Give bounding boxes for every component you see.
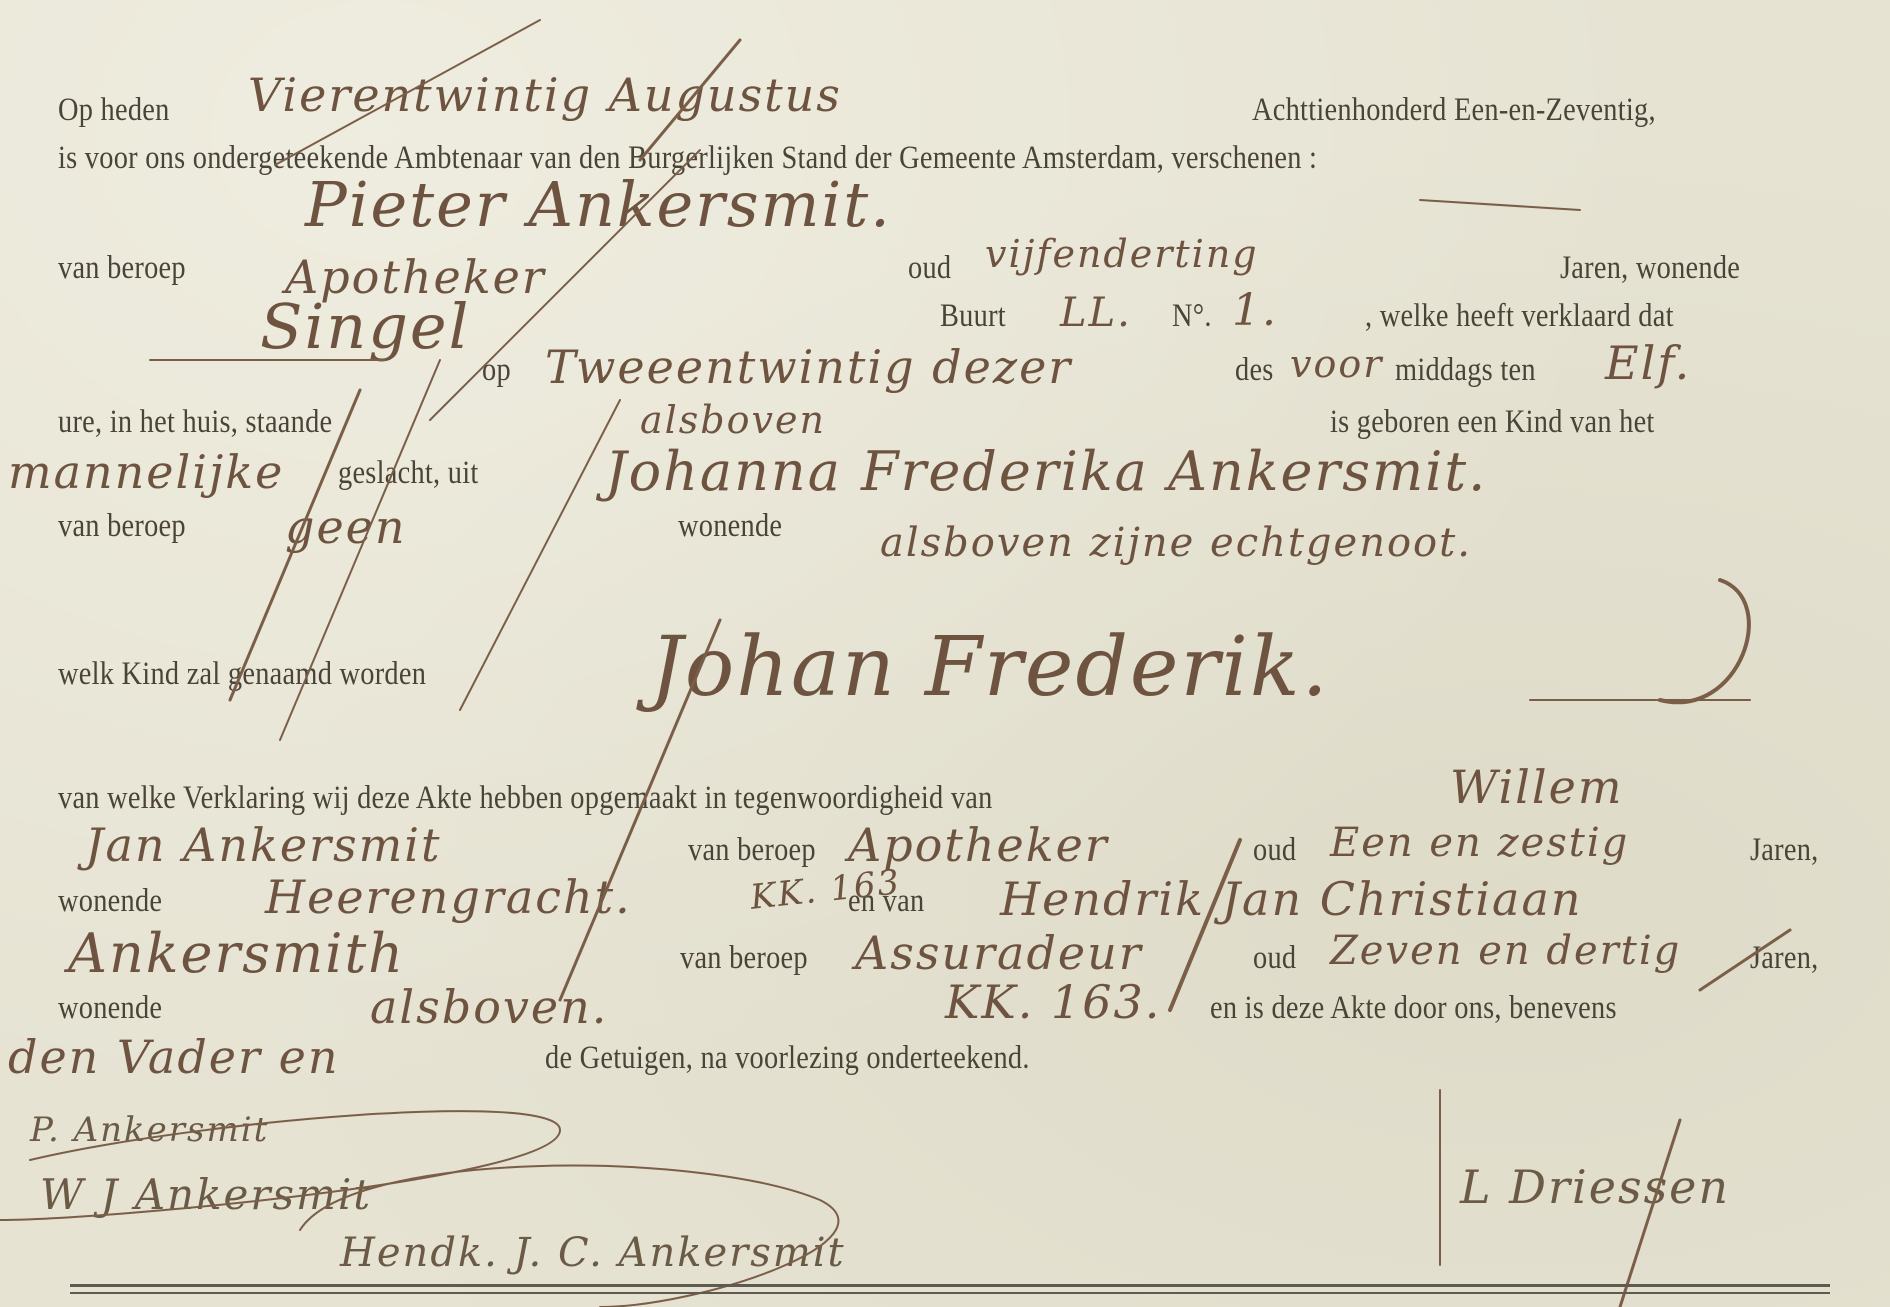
hw-birth-hour: Elf. — [1605, 336, 1691, 390]
hw-witness2-houseno: KK. 163. — [945, 975, 1161, 1029]
bottom-rule-1 — [70, 1284, 1830, 1287]
printed-wonende-3: wonende — [58, 990, 162, 1027]
hw-witness2-residence: alsboven. — [370, 980, 608, 1034]
printed-wonende-2: wonende — [58, 883, 162, 920]
printed-verklaring: van welke Verklaring wij deze Akte hebbe… — [58, 780, 993, 817]
hw-child-name: Johan Frederik. — [650, 620, 1330, 715]
printed-wonende-1: wonende — [678, 508, 782, 545]
printed-welke-heeft: , welke heeft verklaard dat — [1365, 298, 1674, 335]
printed-van-beroep-4: van beroep — [680, 940, 808, 977]
hw-witness1-rest: Jan Ankersmit — [85, 818, 441, 872]
printed-van-beroep-3: van beroep — [688, 832, 816, 869]
hw-house-location: alsboven — [640, 398, 826, 442]
hw-witness1-age: Een en zestig — [1330, 820, 1629, 866]
hw-witness2-age: Zeven en dertig — [1330, 928, 1681, 974]
signature-witness2: Hendk. J. C. Ankersmit — [340, 1230, 846, 1276]
hw-witness2-name: Hendrik Jan Christiaan — [1000, 872, 1583, 926]
printed-welk-kind: welk Kind zal genaamd worden — [58, 656, 426, 693]
printed-jaren-wonende: Jaren, wonende — [1560, 250, 1740, 287]
printed-no: N°. — [1172, 298, 1212, 335]
hw-declarant-name: Pieter Ankersmit. — [305, 168, 892, 241]
printed-year: Achttienhonderd Een-en-Zeventig, — [1252, 92, 1656, 129]
hw-mother-residence: alsboven zijne echtgenoot. — [880, 520, 1472, 566]
printed-en-is-deze: en is deze Akte door ons, benevens — [1210, 990, 1617, 1027]
hw-sex: mannelijke — [8, 445, 284, 499]
hw-margin-note: den Vader en — [8, 1030, 339, 1084]
hw-declarant-street: Singel — [260, 290, 470, 363]
printed-jaren-1: Jaren, — [1750, 832, 1819, 869]
hw-date: Vierentwintig Augustus — [248, 68, 842, 122]
printed-geboren: is geboren een Kind van het — [1330, 404, 1655, 441]
birth-certificate-page: Op heden Achttienhonderd Een-en-Zeventig… — [0, 0, 1890, 1307]
hw-house-no: 1. — [1232, 285, 1278, 336]
printed-op-heden: Op heden — [58, 92, 170, 129]
printed-op: op — [482, 352, 511, 389]
bottom-rule-2 — [70, 1292, 1830, 1294]
printed-buurt: Buurt — [940, 298, 1006, 335]
hw-birth-day: Tweeentwintig dezer — [545, 340, 1072, 394]
printed-geslacht-uit: geslacht, uit — [338, 455, 478, 492]
hw-buurt-code: LL. — [1060, 290, 1132, 336]
hw-declarant-age: vijfenderting — [985, 232, 1259, 276]
printed-oud-2: oud — [1253, 832, 1296, 869]
printed-ure-huis: ure, in het huis, staande — [58, 404, 332, 441]
printed-van-beroep-2: van beroep — [58, 508, 186, 545]
printed-getuigen: de Getuigen, na voorlezing onderteekend. — [545, 1040, 1030, 1077]
printed-oud-3: oud — [1253, 940, 1296, 977]
hw-witness1-residence: Heerengracht. — [265, 870, 632, 924]
hw-witness1-first: Willem — [1450, 760, 1623, 814]
hw-dagdeel: voor — [1290, 342, 1383, 386]
printed-middags-ten: middags ten — [1395, 352, 1536, 389]
hw-mother-name: Johanna Frederika Ankersmit. — [605, 440, 1487, 503]
signature-father: P. Ankersmit — [30, 1110, 269, 1150]
hw-witness2-occupation: Assuradeur — [855, 926, 1143, 980]
hw-witness2-surname: Ankersmith — [68, 922, 405, 985]
printed-oud-1: oud — [908, 250, 951, 287]
signature-witness1: W J Ankersmit — [40, 1170, 372, 1219]
printed-jaren-2: Jaren, — [1750, 940, 1819, 977]
printed-van-beroep-1: van beroep — [58, 250, 186, 287]
hw-mother-occupation: geen — [285, 500, 407, 554]
signature-official: L Driessen — [1460, 1160, 1730, 1214]
printed-des: des — [1235, 352, 1274, 389]
